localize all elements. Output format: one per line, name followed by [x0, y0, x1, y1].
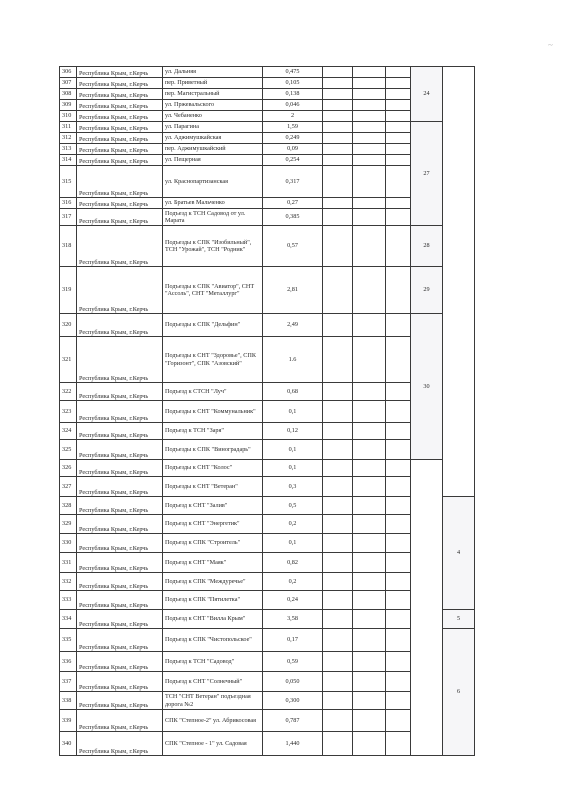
- row-address: Республика Крым, г.Керчь: [77, 314, 163, 337]
- row-number: 319: [60, 267, 77, 314]
- empty-cell: [323, 226, 353, 267]
- row-length: 0,475: [263, 67, 323, 78]
- row-address: Республика Крым, г.Керчь: [77, 78, 163, 89]
- empty-cell: [386, 710, 411, 732]
- row-address: Республика Крым, г.Керчь: [77, 672, 163, 692]
- row-number: 311: [60, 122, 77, 133]
- row-street: Подъезды к СНТ "Колос": [163, 460, 263, 477]
- scan-artifact: ~: [548, 40, 553, 50]
- row-number: 329: [60, 515, 77, 534]
- row-street: Подъезды к СПК "Дельфин": [163, 314, 263, 337]
- row-street: Подъезд к СПК "Междуречье": [163, 573, 263, 591]
- empty-cell: [386, 610, 411, 629]
- row-number: 321: [60, 337, 77, 383]
- row-length: 0,254: [263, 155, 323, 166]
- row-street: Подъезд к СПК "Строитель": [163, 534, 263, 553]
- row-length: 0,17: [263, 629, 323, 652]
- empty-cell: [323, 732, 353, 756]
- row-number: 330: [60, 534, 77, 553]
- empty-cell: [323, 111, 353, 122]
- row-number: 336: [60, 652, 77, 672]
- empty-cell: [386, 652, 411, 672]
- row-length: 1.6: [263, 337, 323, 383]
- empty-cell: [353, 383, 386, 401]
- row-length: 0,68: [263, 383, 323, 401]
- row-length: 0,3: [263, 477, 323, 497]
- empty-cell: [386, 692, 411, 710]
- row-street: Подъезд к СТСН "Луч": [163, 383, 263, 401]
- empty-cell: [386, 477, 411, 497]
- row-street: ул. Парагина: [163, 122, 263, 133]
- empty-cell: [323, 477, 353, 497]
- empty-cell: [353, 629, 386, 652]
- row-street: ул. Краснопартизанская: [163, 166, 263, 198]
- row-street: Подъезды к СНТ "Коммунальник": [163, 401, 263, 423]
- row-number: 314: [60, 155, 77, 166]
- empty-cell: [386, 383, 411, 401]
- row-street: пер. Приветный: [163, 78, 263, 89]
- row-length: 0,787: [263, 710, 323, 732]
- row-number: 337: [60, 672, 77, 692]
- row-length: 0,1: [263, 440, 323, 460]
- row-length: 0,2: [263, 515, 323, 534]
- row-street: Подъезд к СНТ "Энергетик": [163, 515, 263, 534]
- empty-cell: [386, 553, 411, 573]
- empty-cell: [353, 144, 386, 155]
- row-length: 0,5: [263, 497, 323, 515]
- row-address: Республика Крым, г.Керчь: [77, 591, 163, 610]
- row-length: 1,440: [263, 732, 323, 756]
- empty-cell: [386, 111, 411, 122]
- row-address: Республика Крым, г.Керчь: [77, 166, 163, 198]
- empty-cell: [323, 337, 353, 383]
- empty-cell: [353, 573, 386, 591]
- row-number: 339: [60, 710, 77, 732]
- row-address: Республика Крым, г.Керчь: [77, 198, 163, 209]
- empty-cell: [386, 122, 411, 133]
- row-number: 317: [60, 209, 77, 226]
- empty-cell: [386, 166, 411, 198]
- empty-cell: [353, 401, 386, 423]
- empty-cell: [323, 672, 353, 692]
- empty-cell: [323, 591, 353, 610]
- row-number: 312: [60, 133, 77, 144]
- empty-cell: [386, 267, 411, 314]
- row-street: ул. Чебаненко: [163, 111, 263, 122]
- group-a-cell: 30: [411, 314, 443, 460]
- row-address: Республика Крым, г.Керчь: [77, 89, 163, 100]
- empty-cell: [323, 440, 353, 460]
- row-street: ул. Братьев Мальченко: [163, 198, 263, 209]
- table-row: 311Республика Крым, г.Керчьул. Парагина1…: [60, 122, 507, 133]
- row-length: 2,81: [263, 267, 323, 314]
- empty-cell: [353, 477, 386, 497]
- empty-cell: [323, 78, 353, 89]
- empty-cell: [386, 591, 411, 610]
- empty-cell: [386, 144, 411, 155]
- row-street: Подъезд к СПК "Пятилетка": [163, 591, 263, 610]
- row-number: 324: [60, 423, 77, 440]
- row-length: 2: [263, 111, 323, 122]
- empty-cell: [386, 440, 411, 460]
- row-length: 0,27: [263, 198, 323, 209]
- empty-cell: [353, 440, 386, 460]
- row-number: 320: [60, 314, 77, 337]
- row-address: Республика Крым, г.Керчь: [77, 423, 163, 440]
- empty-cell: [323, 401, 353, 423]
- empty-cell: [353, 423, 386, 440]
- empty-cell: [386, 629, 411, 652]
- row-number: 316: [60, 198, 77, 209]
- group-a-cell: 27: [411, 122, 443, 226]
- row-street: Подъезд к ТСН Садовод от ул. Марата: [163, 209, 263, 226]
- row-number: 340: [60, 732, 77, 756]
- row-length: 0,24: [263, 591, 323, 610]
- row-address: Республика Крым, г.Керчь: [77, 692, 163, 710]
- row-street: Подъезды к СНТ "Здоровье", СПК "Горизонт…: [163, 337, 263, 383]
- row-number: 332: [60, 573, 77, 591]
- empty-cell: [323, 122, 353, 133]
- empty-cell: [386, 314, 411, 337]
- empty-cell: [353, 534, 386, 553]
- row-length: 0,59: [263, 652, 323, 672]
- table-row: 306Республика Крым, г.Керчьул. Дальняя0,…: [60, 67, 507, 78]
- row-street: ул. Пещерная: [163, 155, 263, 166]
- empty-cell: [353, 692, 386, 710]
- row-length: 0,82: [263, 553, 323, 573]
- empty-cell: [386, 209, 411, 226]
- empty-cell: [323, 267, 353, 314]
- row-street: пер. Аджимушкайский: [163, 144, 263, 155]
- row-address: Республика Крым, г.Керчь: [77, 122, 163, 133]
- row-number: 331: [60, 553, 77, 573]
- row-length: 1,59: [263, 122, 323, 133]
- row-address: Республика Крым, г.Керчь: [77, 460, 163, 477]
- empty-cell: [386, 198, 411, 209]
- row-street: СПК "Степное-2" ул. Абрикосовая: [163, 710, 263, 732]
- row-street: пер. Магистральный: [163, 89, 263, 100]
- empty-cell: [386, 732, 411, 756]
- empty-cell: [386, 672, 411, 692]
- empty-cell: [386, 133, 411, 144]
- empty-cell: [353, 497, 386, 515]
- empty-cell: [353, 460, 386, 477]
- empty-cell: [353, 209, 386, 226]
- row-number: 328: [60, 497, 77, 515]
- row-length: 0,105: [263, 78, 323, 89]
- empty-cell: [323, 423, 353, 440]
- row-street: Подъезд к СНТ "Солнечный": [163, 672, 263, 692]
- group-a-cell: [411, 460, 443, 756]
- row-address: Республика Крым, г.Керчь: [77, 515, 163, 534]
- empty-cell: [353, 166, 386, 198]
- row-street: Подъезд к ТСН "Садовод": [163, 652, 263, 672]
- row-number: 338: [60, 692, 77, 710]
- empty-cell: [323, 314, 353, 337]
- row-street: Подъезд к СНТ "Залив": [163, 497, 263, 515]
- empty-cell: [323, 383, 353, 401]
- empty-cell: [323, 610, 353, 629]
- row-address: Республика Крым, г.Керчь: [77, 155, 163, 166]
- row-number: 333: [60, 591, 77, 610]
- row-address: Республика Крым, г.Керчь: [77, 440, 163, 460]
- row-street: Подъезд к СНТ "Вилла Крым": [163, 610, 263, 629]
- row-address: Республика Крым, г.Керчь: [77, 401, 163, 423]
- empty-cell: [386, 89, 411, 100]
- row-street: ТСН "СНТ Ветеран" подъездная дорога №2: [163, 692, 263, 710]
- row-street: СПК "Степное - 1" ул. Садовая: [163, 732, 263, 756]
- empty-cell: [353, 67, 386, 78]
- empty-cell: [353, 155, 386, 166]
- road-list-table: 306Республика Крым, г.Керчьул. Дальняя0,…: [59, 66, 507, 756]
- empty-cell: [323, 89, 353, 100]
- row-address: Республика Крым, г.Керчь: [77, 337, 163, 383]
- empty-cell: [386, 226, 411, 267]
- empty-cell: [353, 515, 386, 534]
- empty-cell: [386, 337, 411, 383]
- empty-cell: [323, 166, 353, 198]
- empty-cell: [323, 710, 353, 732]
- row-address: Республика Крым, г.Керчь: [77, 133, 163, 144]
- empty-cell: [323, 534, 353, 553]
- row-address: Республика Крым, г.Керчь: [77, 534, 163, 553]
- table-row: 319Республика Крым, г.КерчьПодъезды к СП…: [60, 267, 507, 314]
- table-row: 326Республика Крым, г.КерчьПодъезды к СН…: [60, 460, 507, 477]
- row-address: Республика Крым, г.Керчь: [77, 209, 163, 226]
- empty-cell: [353, 732, 386, 756]
- row-street: Подъезды к СПК "Авиатор", СНТ "Ассоль", …: [163, 267, 263, 314]
- row-address: Республика Крым, г.Керчь: [77, 144, 163, 155]
- empty-cell: [353, 553, 386, 573]
- row-number: 334: [60, 610, 77, 629]
- row-length: 0,138: [263, 89, 323, 100]
- row-address: Республика Крым, г.Керчь: [77, 732, 163, 756]
- row-length: 0,317: [263, 166, 323, 198]
- row-number: 306: [60, 67, 77, 78]
- empty-cell: [386, 497, 411, 515]
- row-length: 0,249: [263, 133, 323, 144]
- row-number: 310: [60, 111, 77, 122]
- empty-cell: [353, 652, 386, 672]
- empty-cell: [353, 710, 386, 732]
- row-length: 0,050: [263, 672, 323, 692]
- row-length: 0,09: [263, 144, 323, 155]
- group-a-cell: 24: [411, 67, 443, 122]
- row-length: 0,2: [263, 573, 323, 591]
- row-address: Республика Крым, г.Керчь: [77, 226, 163, 267]
- row-number: 325: [60, 440, 77, 460]
- row-length: 0,1: [263, 460, 323, 477]
- empty-cell: [353, 337, 386, 383]
- row-number: 315: [60, 166, 77, 198]
- row-street: Подъезд к СПК "Чистопольское": [163, 629, 263, 652]
- empty-cell: [323, 652, 353, 672]
- row-street: ул. Пржевальского: [163, 100, 263, 111]
- row-length: 0,57: [263, 226, 323, 267]
- empty-cell: [386, 401, 411, 423]
- row-number: 322: [60, 383, 77, 401]
- table-row: 320Республика Крым, г.КерчьПодъезды к СП…: [60, 314, 507, 337]
- empty-cell: [386, 534, 411, 553]
- empty-cell: [353, 591, 386, 610]
- row-address: Республика Крым, г.Керчь: [77, 383, 163, 401]
- empty-cell: [323, 515, 353, 534]
- group-b-cell: 6: [443, 629, 475, 756]
- row-address: Республика Крым, г.Керчь: [77, 610, 163, 629]
- empty-cell: [353, 267, 386, 314]
- row-number: 323: [60, 401, 77, 423]
- empty-cell: [323, 198, 353, 209]
- empty-cell: [386, 155, 411, 166]
- row-length: 0,300: [263, 692, 323, 710]
- row-address: Республика Крым, г.Керчь: [77, 710, 163, 732]
- empty-cell: [353, 100, 386, 111]
- row-number: 309: [60, 100, 77, 111]
- row-number: 313: [60, 144, 77, 155]
- row-length: 0,1: [263, 401, 323, 423]
- row-street: ул. Дальняя: [163, 67, 263, 78]
- empty-cell: [353, 198, 386, 209]
- row-street: Подъезды к СПК "Виноградарь": [163, 440, 263, 460]
- row-length: 0,12: [263, 423, 323, 440]
- empty-cell: [323, 573, 353, 591]
- empty-cell: [386, 100, 411, 111]
- empty-cell: [323, 497, 353, 515]
- group-b-cell: [443, 67, 475, 497]
- empty-cell: [323, 144, 353, 155]
- empty-cell: [353, 314, 386, 337]
- empty-cell: [353, 122, 386, 133]
- row-length: 2,49: [263, 314, 323, 337]
- group-b-cell: 5: [443, 610, 475, 629]
- empty-cell: [323, 155, 353, 166]
- empty-cell: [386, 573, 411, 591]
- row-address: Республика Крым, г.Керчь: [77, 100, 163, 111]
- row-address: Республика Крым, г.Керчь: [77, 477, 163, 497]
- row-number: 318: [60, 226, 77, 267]
- row-street: Подъезды к СНТ "Ветеран": [163, 477, 263, 497]
- row-number: 326: [60, 460, 77, 477]
- empty-cell: [353, 111, 386, 122]
- group-b-cell: 4: [443, 497, 475, 610]
- row-address: Республика Крым, г.Керчь: [77, 629, 163, 652]
- empty-cell: [323, 553, 353, 573]
- empty-cell: [323, 460, 353, 477]
- row-number: 307: [60, 78, 77, 89]
- group-a-cell: 29: [411, 267, 443, 314]
- empty-cell: [386, 460, 411, 477]
- empty-cell: [353, 89, 386, 100]
- empty-cell: [353, 672, 386, 692]
- row-length: 0,385: [263, 209, 323, 226]
- empty-cell: [323, 692, 353, 710]
- row-address: Республика Крым, г.Керчь: [77, 573, 163, 591]
- row-address: Республика Крым, г.Керчь: [77, 111, 163, 122]
- table-row: 318Республика Крым, г.КерчьПодъезды к СП…: [60, 226, 507, 267]
- row-street: ул. Аджимушкайская: [163, 133, 263, 144]
- group-a-cell: 28: [411, 226, 443, 267]
- empty-cell: [323, 100, 353, 111]
- row-length: 0,046: [263, 100, 323, 111]
- row-street: Подъезд к ТСН "Заря": [163, 423, 263, 440]
- row-address: Республика Крым, г.Керчь: [77, 497, 163, 515]
- row-address: Республика Крым, г.Керчь: [77, 652, 163, 672]
- row-length: 0,1: [263, 534, 323, 553]
- empty-cell: [353, 78, 386, 89]
- row-street: Подъезды к СПК "Изобильный", ТСН "Урожай…: [163, 226, 263, 267]
- row-number: 308: [60, 89, 77, 100]
- row-street: Подъезд к СНТ "Маяк": [163, 553, 263, 573]
- empty-cell: [386, 515, 411, 534]
- empty-cell: [353, 133, 386, 144]
- empty-cell: [353, 226, 386, 267]
- empty-cell: [323, 629, 353, 652]
- row-address: Республика Крым, г.Керчь: [77, 267, 163, 314]
- empty-cell: [353, 610, 386, 629]
- empty-cell: [323, 209, 353, 226]
- empty-cell: [386, 423, 411, 440]
- row-address: Республика Крым, г.Керчь: [77, 553, 163, 573]
- row-number: 335: [60, 629, 77, 652]
- row-address: Республика Крым, г.Керчь: [77, 67, 163, 78]
- empty-cell: [386, 78, 411, 89]
- row-length: 3,58: [263, 610, 323, 629]
- row-number: 327: [60, 477, 77, 497]
- empty-cell: [323, 67, 353, 78]
- empty-cell: [386, 67, 411, 78]
- empty-cell: [323, 133, 353, 144]
